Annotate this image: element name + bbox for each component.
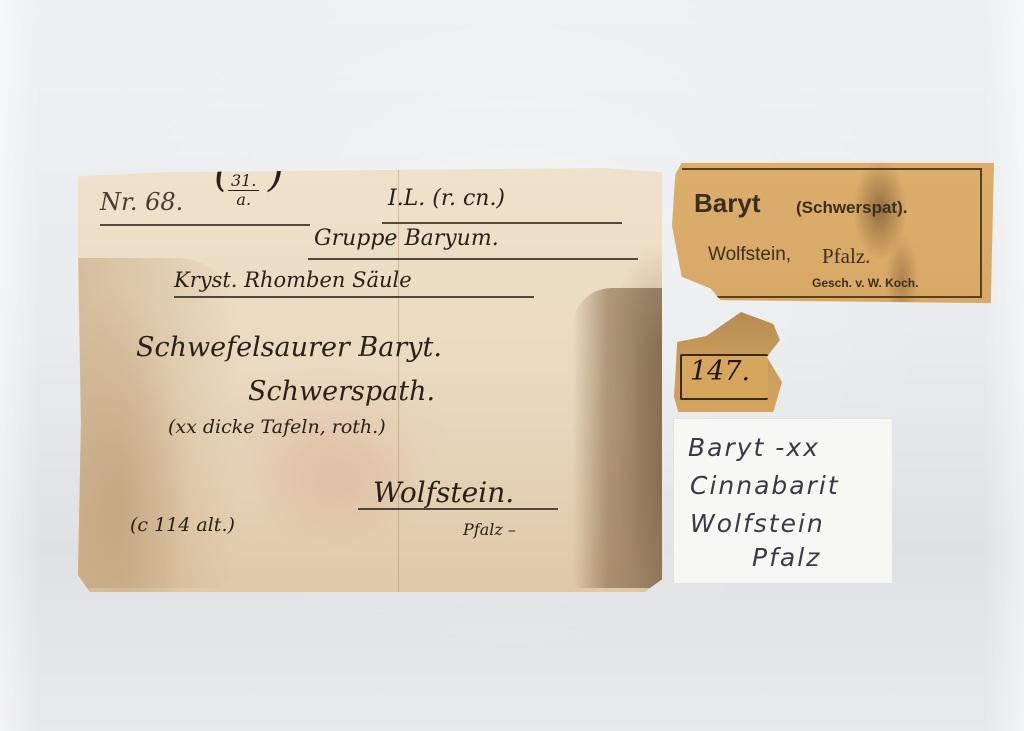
mineral-name-line-1: Schwefelsaurer Baryt. bbox=[136, 332, 442, 363]
ticket-number: 147. bbox=[690, 356, 750, 387]
group-line: Gruppe Baryum. bbox=[314, 226, 499, 251]
mineral-synonym: (Schwerspat). bbox=[796, 198, 907, 218]
mineral-name-line-2: Schwerspath. bbox=[248, 376, 435, 407]
note-line-3: Wolfstein bbox=[690, 509, 825, 538]
catalog-number: Nr. 68. bbox=[100, 188, 183, 216]
class-line: I.L. (r. cn.) bbox=[388, 186, 505, 211]
locality-region: Pfalz. bbox=[822, 244, 870, 269]
description-line: (xx dicke Tafeln, roth.) bbox=[168, 416, 386, 438]
modern-handwritten-note: Baryt -xx Cinnabarit Wolfstein Pfalz bbox=[674, 419, 892, 583]
donor-line: Gesch. v. W. Koch. bbox=[812, 276, 918, 290]
mineral-name: Baryt bbox=[694, 188, 760, 219]
rule-line bbox=[174, 296, 534, 298]
handwritten-specimen-card: Nr. 68. ( 31. a. ) I.L. (r. cn.) Gruppe … bbox=[78, 168, 662, 592]
water-stain-right bbox=[572, 288, 662, 588]
paren-open: ( bbox=[214, 164, 230, 182]
rule-line bbox=[308, 258, 638, 260]
note-line-1: Baryt -xx bbox=[688, 433, 820, 462]
region-line: Pfalz – bbox=[463, 520, 516, 539]
rule-line bbox=[358, 508, 558, 510]
printed-specimen-label: Baryt (Schwerspat). Wolfstein, Pfalz. Ge… bbox=[672, 160, 994, 306]
note-line-4: Pfalz bbox=[752, 543, 821, 572]
rule-line bbox=[382, 222, 622, 224]
catalog-fraction: ( 31. a. ) bbox=[228, 172, 259, 209]
paren-close: ) bbox=[268, 164, 284, 182]
old-catalog-number: (c 114 alt.) bbox=[130, 514, 235, 536]
note-line-2: Cinnabarit bbox=[690, 471, 840, 500]
fraction-top: 31. bbox=[228, 172, 259, 191]
crystal-form-line: Kryst. Rhomben Säule bbox=[174, 268, 412, 292]
fraction-bottom: a. bbox=[228, 191, 259, 209]
locality-town: Wolfstein, bbox=[708, 244, 791, 266]
number-ticket: 147. bbox=[674, 312, 782, 412]
locality-line: Wolfstein. bbox=[373, 476, 514, 509]
rule-line bbox=[100, 224, 310, 226]
